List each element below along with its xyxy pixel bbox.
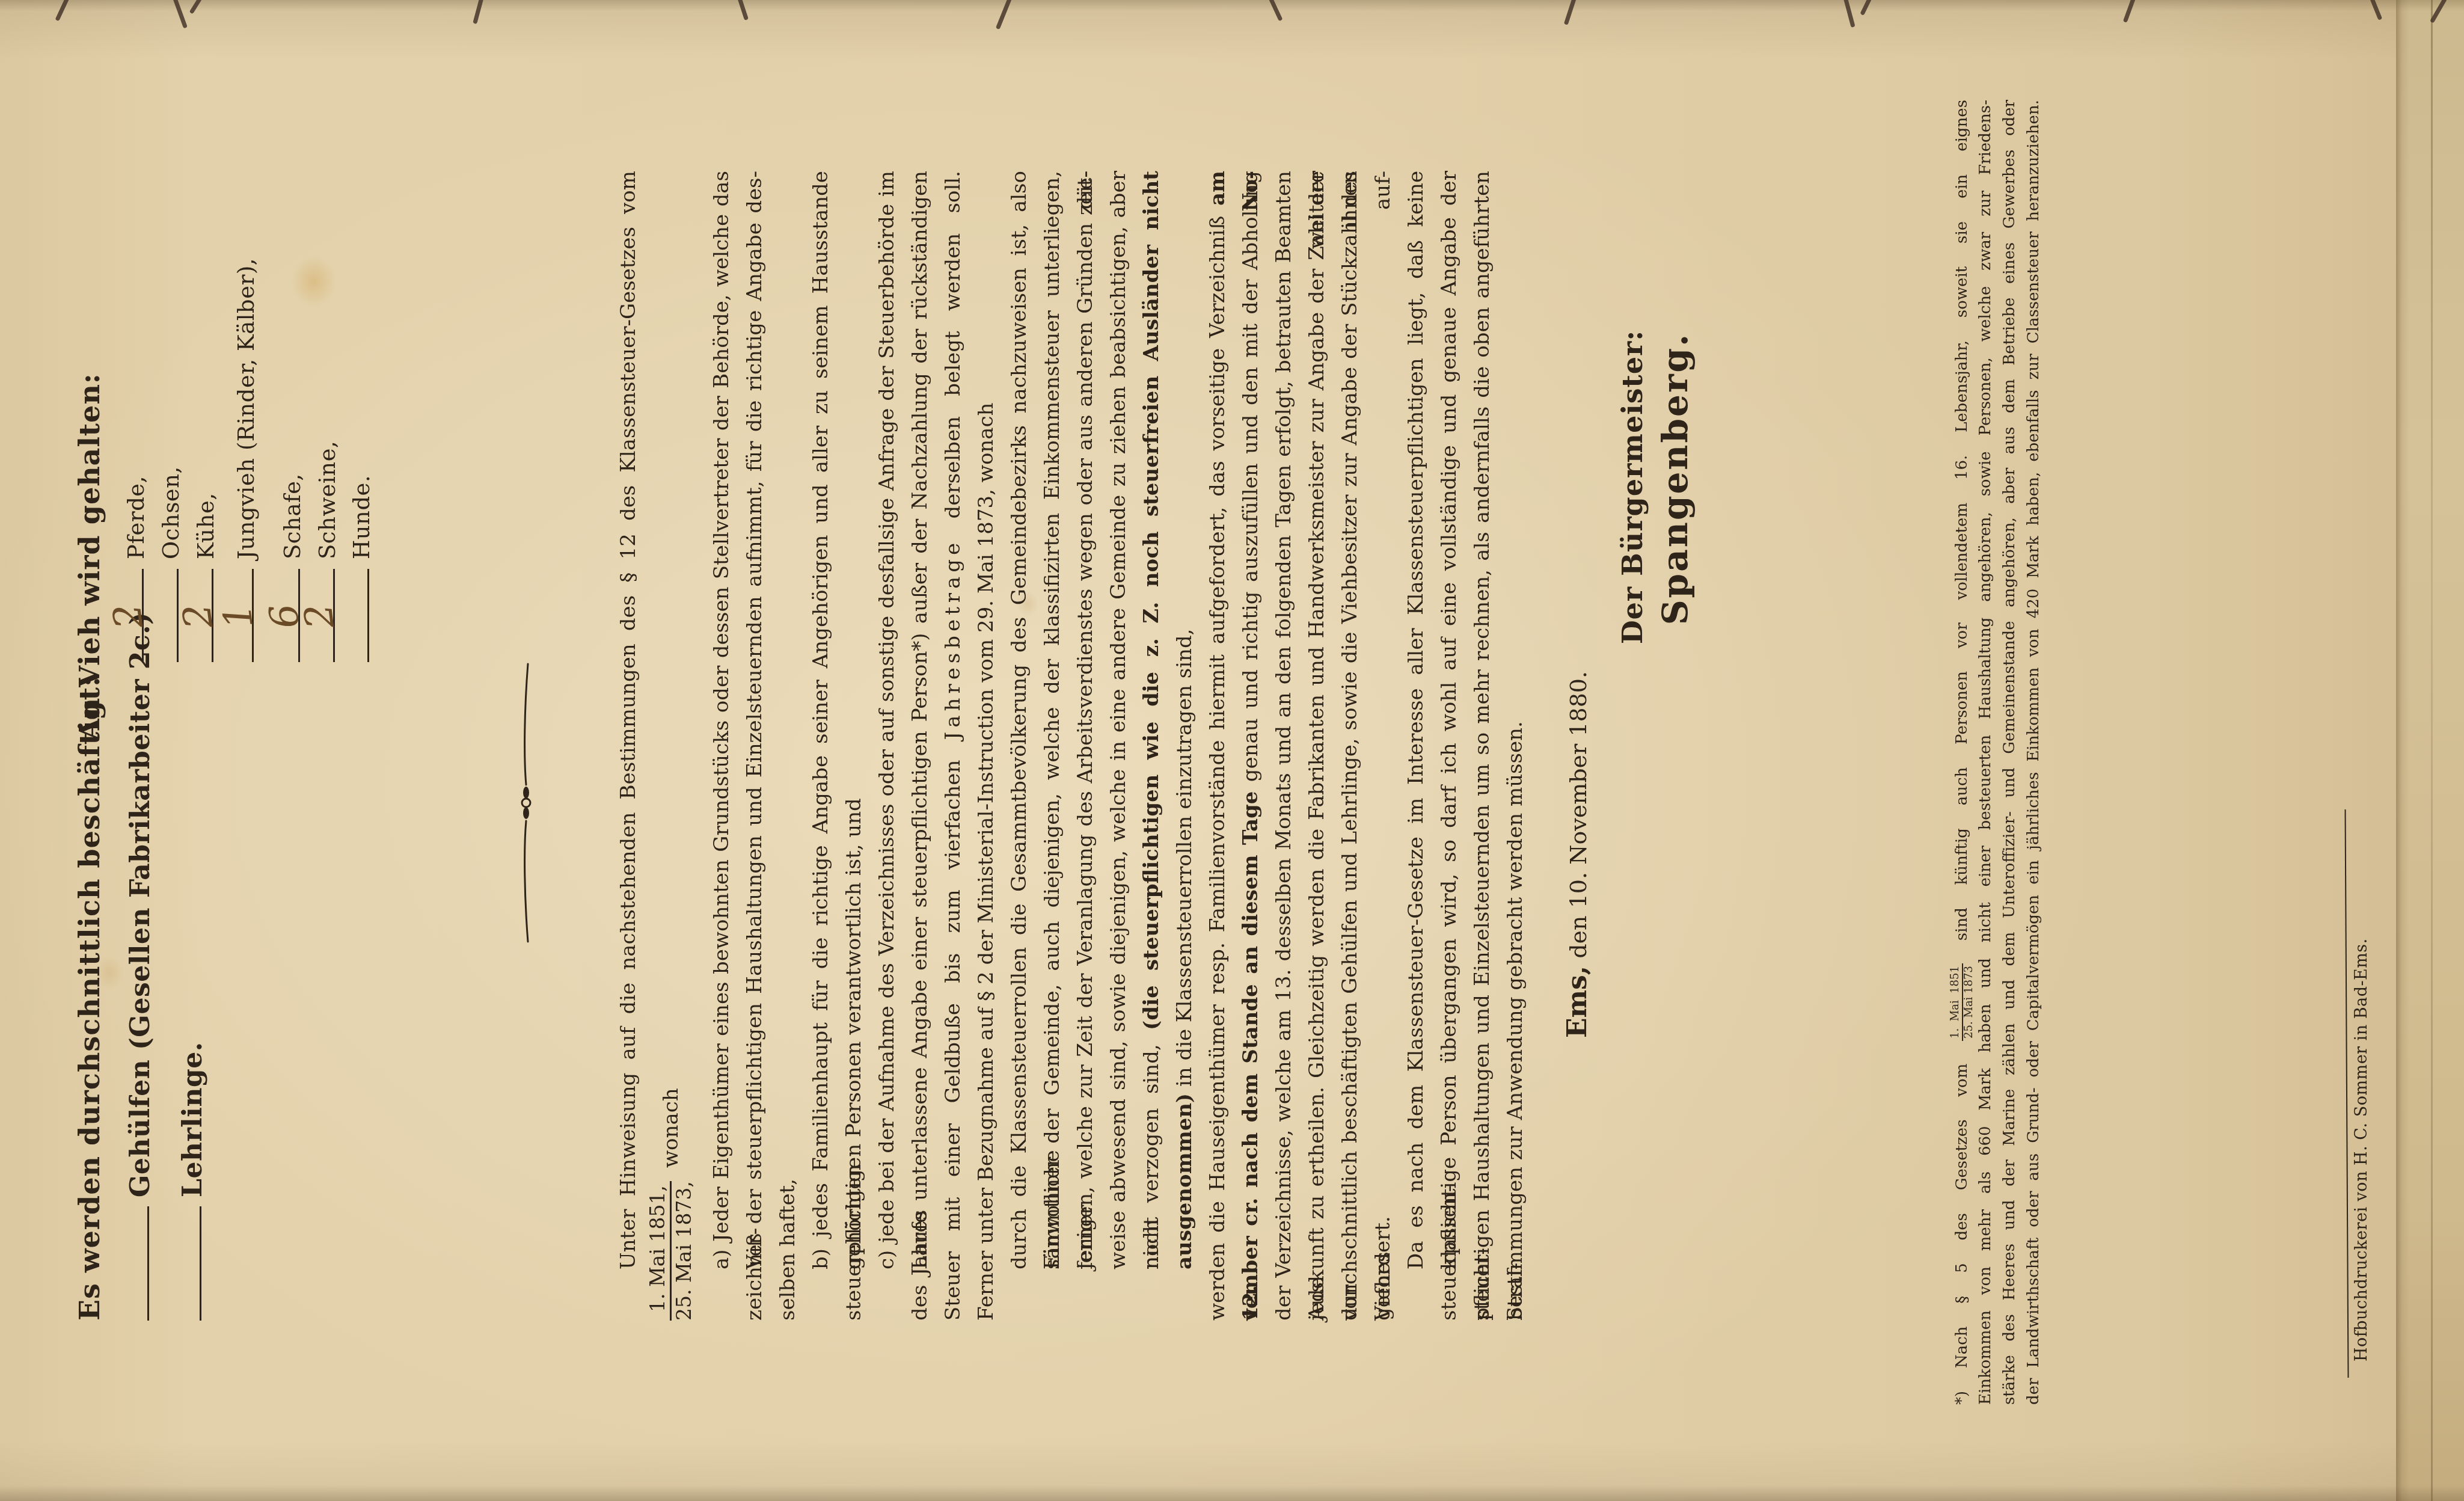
text-segment: genau und richtig auszufüllen und den mi… (1239, 171, 1263, 791)
write-in-rule (176, 1206, 201, 1321)
row-label: Gehülfen (Gesellen Fabrikarbeiter 2c.) (125, 612, 156, 1197)
write-in-rule: 2 (118, 569, 144, 662)
text-segment: des Jahres unterlassene Angabe einer ste… (908, 171, 932, 1321)
signature-title: Der Bürgermeister: (1616, 330, 1649, 645)
body-line: Einwohner der Gemeinde, auch diejenigen,… (1036, 171, 1069, 1321)
bold-segment: ausgenommen) (1172, 1093, 1197, 1269)
employment-row: Lehrlinge. (176, 1042, 208, 1321)
write-in-rule: 2 (188, 569, 213, 662)
handwritten-count: 2 (108, 602, 149, 631)
handwritten-count: 1 (218, 602, 259, 631)
row-label: Ochsen, (158, 466, 184, 559)
text-segment: jenigen, welche zur Zeit der Veranlagung… (1073, 171, 1097, 1269)
fraction-after-text: wonach (659, 1088, 683, 1168)
body-line: zeichniß der steuerpflichtigen Haushaltu… (738, 171, 771, 1321)
livestock-row: 2Pferde, (118, 476, 149, 662)
body-line: der Verzeichnisse, welche am 13. desselb… (1267, 171, 1301, 1321)
livestock-header: An Vieh wird gehalten: (73, 373, 106, 740)
text-segment: werden die Hauseigenthümer resp. Familie… (1206, 206, 1230, 1321)
dateline-rest: den 10. November 1880. (1565, 671, 1592, 966)
body-line: durchschnittlich beschäftigten Gehülfen … (1334, 171, 1367, 1321)
law-date-fraction-line: 1. Mai 1851,25. Mai 1873,wonach (645, 171, 705, 1321)
body-line: ausgenommen) in die Klassensteuerrollen … (1168, 171, 1201, 1321)
livestock-row: 2Schweine, (309, 441, 340, 662)
body-line: a) Jeder Eigenthümer eines bewohnten Gru… (705, 171, 738, 1321)
row-label: Schafe, (280, 473, 305, 559)
text-segment: durchschnittlich beschäftigten Gehülfen … (1338, 171, 1395, 1321)
body-line: steuerpflichtigen Personen verantwortlic… (838, 171, 871, 1321)
footnote-pre: Nach § 5 des Gesetzes vom (1953, 1041, 1971, 1368)
handwritten-count: 2 (178, 602, 219, 631)
printer-imprint: Hofbuchdruckerei von H. C. Sommer in Bad… (2352, 938, 2371, 1361)
body-line: selben haftet, (771, 171, 804, 1321)
write-in-rule (123, 1206, 149, 1321)
body-line: Unter Hinweisung auf die nachstehenden B… (612, 171, 645, 1321)
write-in-rule: 6 (274, 569, 300, 662)
row-label: Jungvieh (Rinder, Kälber), (233, 258, 259, 559)
body-line: b) jedes Familienhaupt für die richtige … (804, 171, 838, 1321)
body-line: Ferner unter Bezugnahme auf § 2 der Mini… (970, 171, 1003, 1321)
body-line: Auskunft zu ertheilen. Gleichzeitig werd… (1301, 171, 1334, 1321)
footnote-line: Einkommen von mehr als 660 Mark haben un… (1973, 100, 1997, 1405)
text-segment: Unter Hinweisung auf die nachstehenden B… (616, 171, 640, 1269)
body-line: vember cr. nach dem Stande an diesem Tag… (1234, 171, 1267, 1321)
body-line: Steuer mit einer Geldbuße bis zum vierfa… (937, 171, 970, 1321)
handwritten-count: 2 (299, 602, 340, 631)
livestock-row: Ochsen, (153, 466, 184, 662)
row-label: Pferde, (123, 476, 149, 559)
bold-segment: (die steuerpflichtigen wie die z. Z. noc… (1139, 171, 1163, 1030)
body-line: weise abwesend sind, sowie diejenigen, w… (1102, 171, 1135, 1321)
bold-segment: vember cr. nach dem Stande an diesem Tag… (1239, 791, 1263, 1321)
employment-header: Es werden durchschnittlich beschäftigt: (73, 676, 106, 1321)
scanned-document-screenshot: Es werden durchschnittlich beschäftigt: … (0, 0, 2464, 1501)
row-label: Schweine, (314, 441, 340, 559)
body-line: bestimmungen zur Anwendung gebracht werd… (1499, 171, 1532, 1321)
footnote-date-fraction: 1. Mai 185125. Mai 1873 (1949, 963, 1975, 1041)
row-label: Hunde. (349, 475, 375, 559)
letterspaced-segment: Jahresbetrage (941, 539, 965, 740)
footnote-line: stärke des Heeres und der Marine zählen … (1997, 100, 2021, 1405)
body-line: durch die Klassensteuerrollen die Gesamm… (1003, 171, 1036, 1321)
body-line: c) jede bei der Aufnahme des Verzeichnis… (871, 171, 904, 1321)
body-line: pflichtigen Haushaltungen und Einzelsteu… (1466, 171, 1499, 1321)
body-line: nicht verzogen sind, (die steuerpflichti… (1135, 171, 1168, 1321)
footnote-marker: *) (1953, 1368, 1971, 1405)
write-in-rule: 1 (228, 569, 254, 662)
dateline-city: Ems, (1562, 966, 1593, 1038)
footnote-post: sind künftig auch Personen vor vollendet… (1953, 100, 1971, 963)
write-in-rule: 2 (309, 569, 335, 662)
row-label: Lehrlinge. (177, 1042, 208, 1197)
text-segment: Ferner unter Bezugnahme auf § 2 der Mini… (974, 403, 998, 1321)
text-segment: Steuer mit einer Geldbuße bis zum vierfa… (941, 740, 965, 1321)
footnote-line: *) Nach § 5 des Gesetzes vom 1. Mai 1851… (1949, 100, 1973, 1405)
text-segment: zeichniß der steuerpflichtigen Haushaltu… (743, 171, 767, 1321)
livestock-row: Hunde. (343, 475, 375, 662)
instruction-text: Unter Hinweisung auf die nachstehenden B… (612, 171, 1532, 1321)
text-segment: gefordert. (1371, 1216, 1395, 1321)
body-line: jenigen, welche zur Zeit der Veranlagung… (1069, 171, 1102, 1321)
text-segment: nicht verzogen sind, (1139, 1030, 1163, 1269)
write-in-rule (343, 569, 369, 662)
livestock-row: 6Schafe, (274, 473, 305, 662)
livestock-row: 1Jungvieh (Rinder, Kälber), (228, 258, 259, 662)
body-line: des Jahres unterlassene Angabe einer ste… (904, 171, 937, 1321)
text-segment: steuerpflichtigen Personen verantwortlic… (842, 798, 866, 1321)
livestock-row: 2Kühe, (188, 493, 219, 662)
footnote: *) Nach § 5 des Gesetzes vom 1. Mai 1851… (1949, 100, 2046, 1405)
imprint-rule (2345, 809, 2349, 1378)
employment-row: Gehülfen (Gesellen Fabrikarbeiter 2c.) (123, 612, 156, 1321)
body-line: Da es nach dem Klassensteuer-Gesetze im … (1400, 171, 1433, 1321)
dateline: Ems, den 10. November 1880. (1562, 671, 1593, 1038)
write-in-rule (153, 569, 179, 662)
body-line: steuerpflichtige Person übergangen wird,… (1433, 171, 1466, 1321)
text-segment: bestimmungen zur Anwendung gebracht werd… (1503, 721, 1527, 1321)
document-page: Es werden durchschnittlich beschäftigt: … (0, 0, 2464, 1501)
row-label: Kühe, (193, 493, 219, 559)
footnote-line: der Landwirthschaft oder aus Grund- oder… (2021, 100, 2046, 1405)
text-segment: in die Klassensteuerrollen einzutragen s… (1172, 628, 1197, 1093)
date-fraction: 1. Mai 1851,25. Mai 1873, (645, 1181, 697, 1321)
divider-ornament (512, 661, 540, 944)
text-segment: derselben belegt werden soll. (941, 171, 965, 539)
signature-name: Spangenberg. (1655, 333, 1696, 625)
text-segment: selben haftet, (776, 1179, 800, 1321)
body-line: werden die Hauseigenthümer resp. Familie… (1201, 171, 1234, 1321)
paper-stain (292, 256, 336, 307)
